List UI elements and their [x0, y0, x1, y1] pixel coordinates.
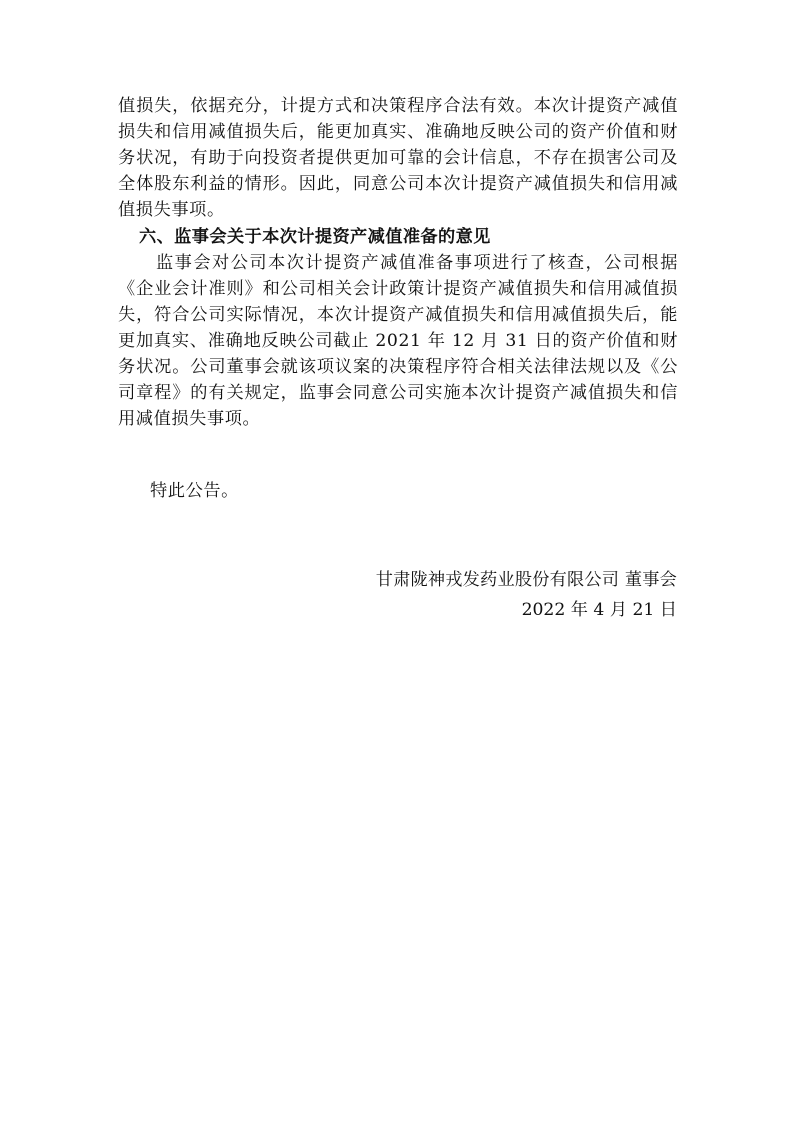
section-paragraph: 监事会对公司本次计提资产减值准备事项进行了核查，公司根据《企业会计准则》和公司相… [118, 250, 678, 432]
document-page: 值损失，依据充分，计提方式和决策程序合法有效。本次计提资产减值损失和信用减值损失… [0, 0, 793, 1122]
paragraph-continuation: 值损失，依据充分，计提方式和决策程序合法有效。本次计提资产减值损失和信用减值损失… [118, 93, 678, 223]
signature-date: 2022 年 4 月 21 日 [522, 597, 677, 623]
section-heading: 六、监事会关于本次计提资产减值准备的意见 [139, 224, 491, 250]
closing-statement: 特此公告。 [150, 478, 239, 504]
signature-company: 甘肃陇神戎发药业股份有限公司 董事会 [376, 567, 677, 593]
